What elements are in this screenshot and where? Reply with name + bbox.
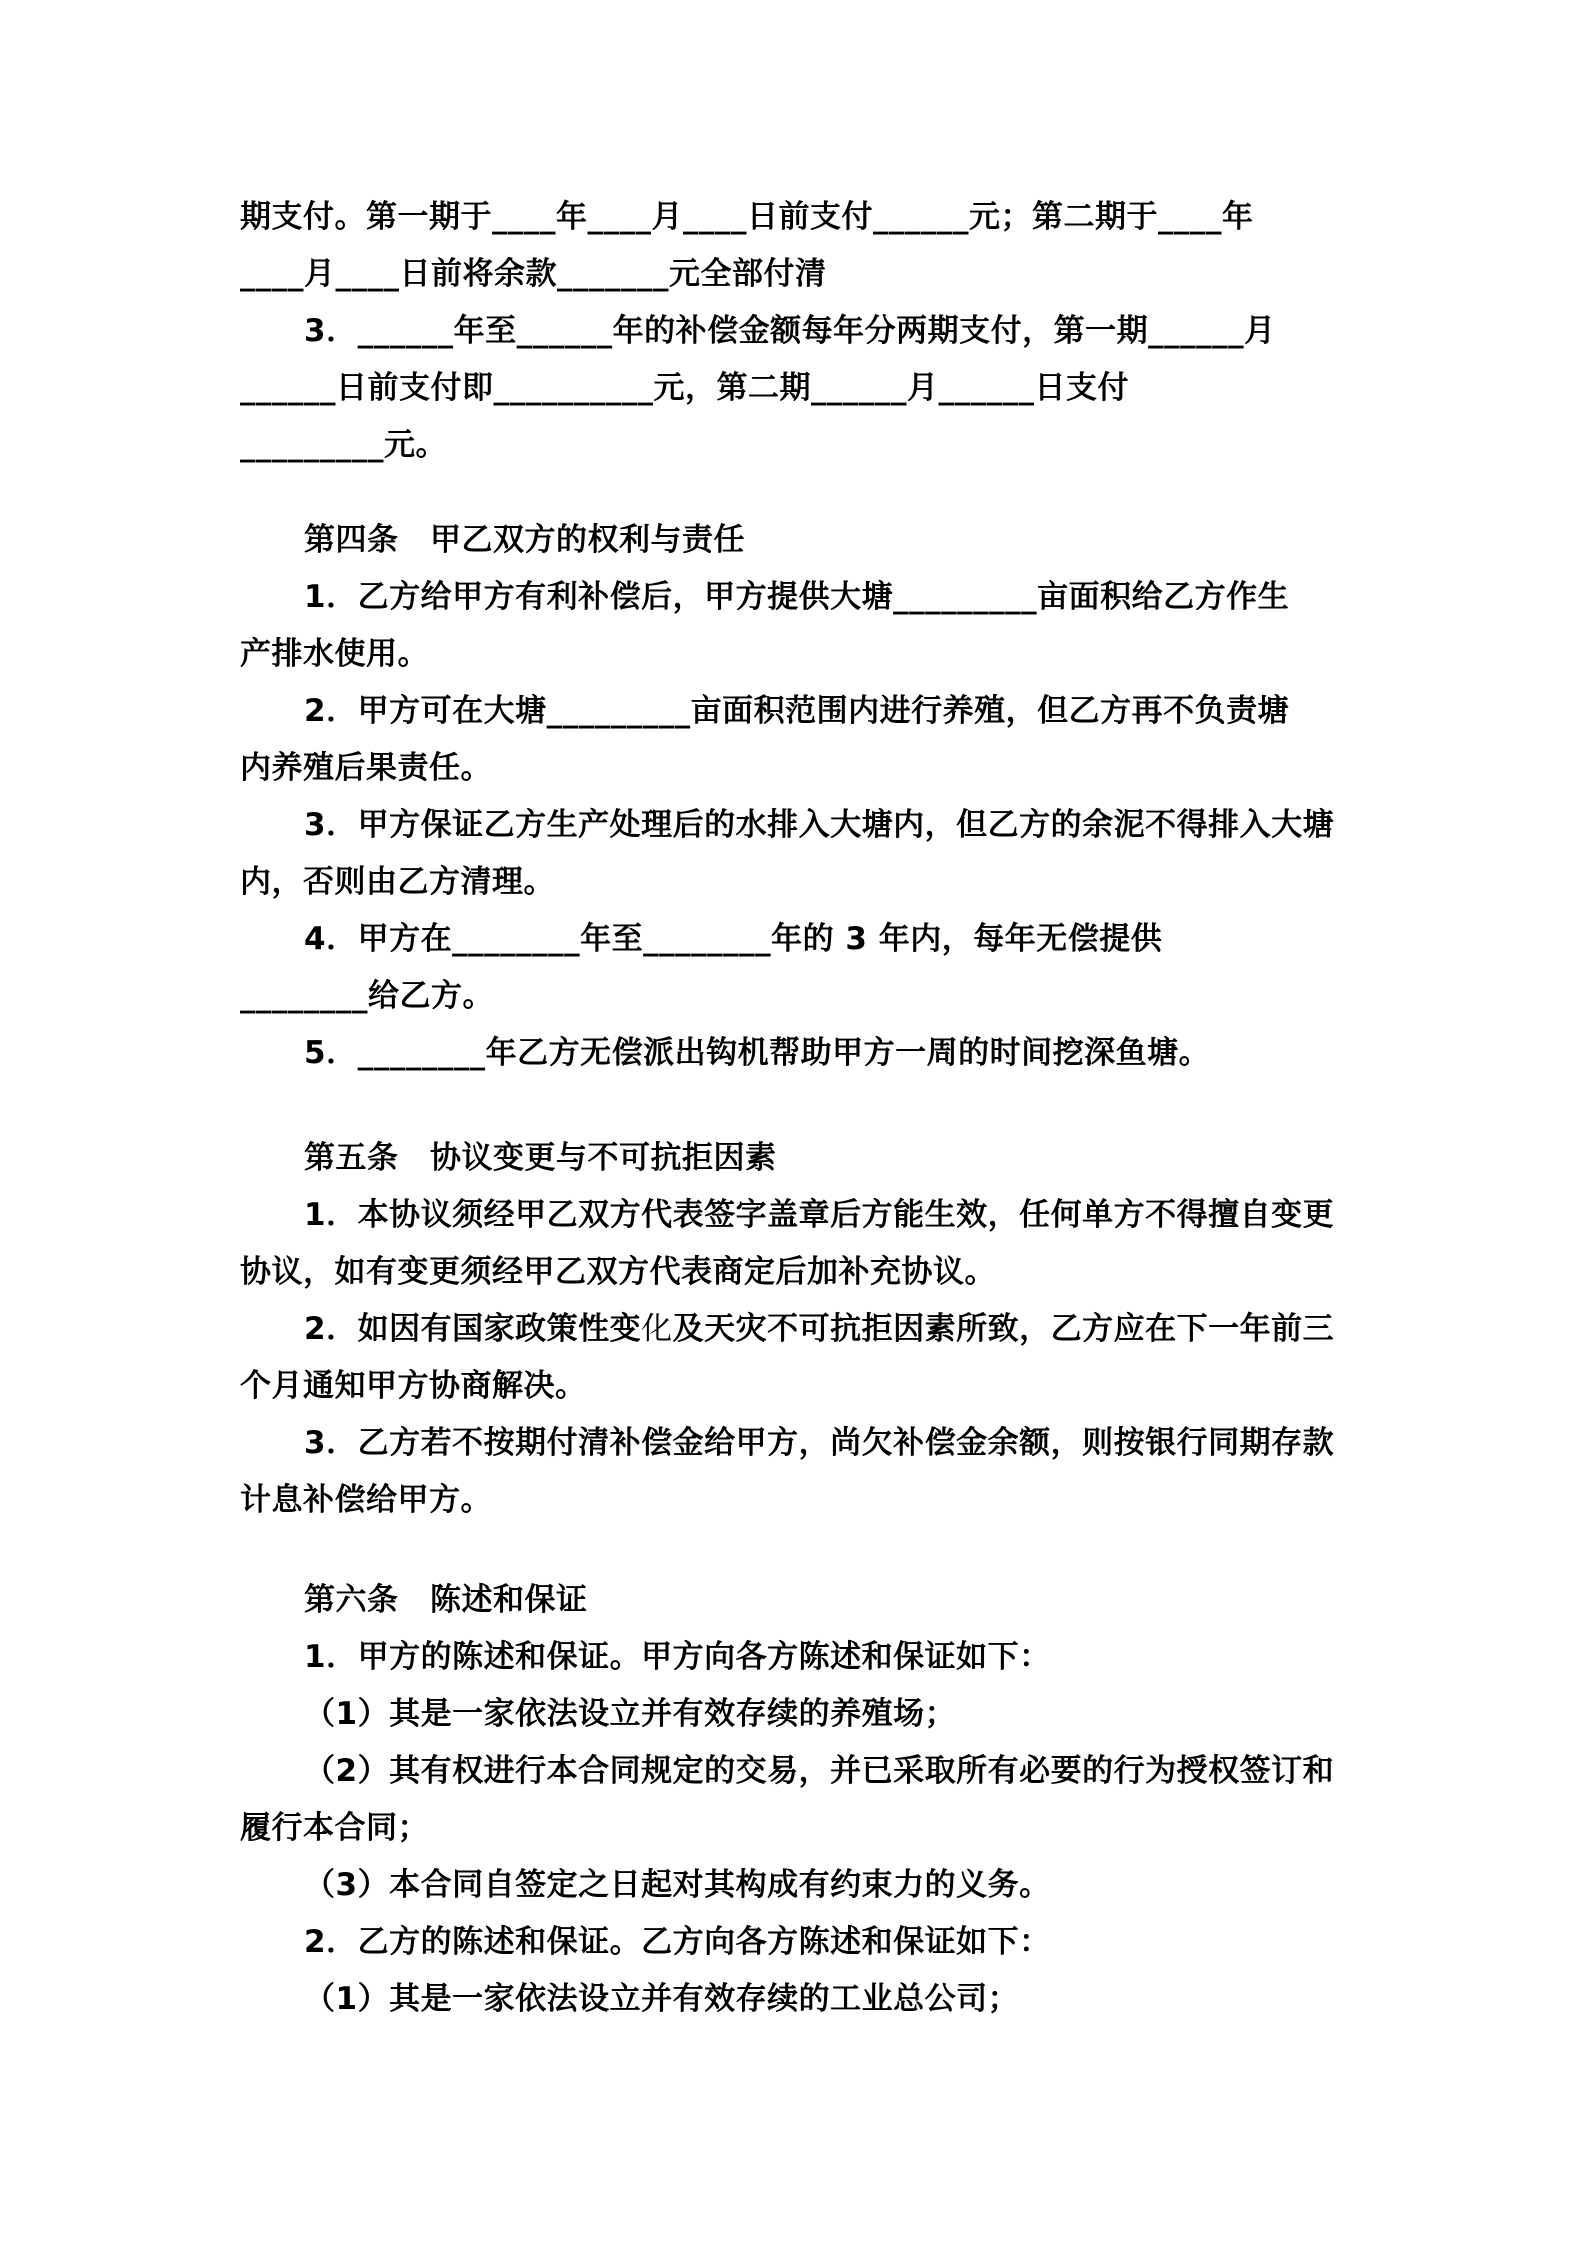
contract-text-body: 期支付。第一期于____年____月____日前支付______元；第二期于__… <box>240 189 1360 2028</box>
contract-line: 5．________年乙方无偿派出钩机帮助甲方一周的时间挖深鱼塘。 <box>240 1025 1360 1082</box>
contract-line: 个月通知甲方协商解决。 <box>240 1358 1360 1415</box>
contract-line: 产排水使用。 <box>240 626 1360 683</box>
contract-line: 3．______年至______年的补偿金额每年分两期支付，第一期______月 <box>240 303 1360 360</box>
contract-line: 3．甲方保证乙方生产处理后的水排入大塘内，但乙方的余泥不得排入大塘 <box>240 797 1360 854</box>
contract-line-segment: 及天灾不可抗拒因素所致，乙方应在下一年前三 <box>673 1311 1335 1347</box>
contract-line: ________给乙方。 <box>240 968 1360 1025</box>
contract-line: 2．如因有国家政策性变化及天灾不可抗拒因素所致，乙方应在下一年前三 <box>240 1301 1360 1358</box>
contract-line: 1．乙方给甲方有利补偿后，甲方提供大塘_________亩面积给乙方作生 <box>240 569 1360 626</box>
contract-line: 计息补偿给甲方。 <box>240 1472 1360 1529</box>
section-heading-4: 第四条 甲乙双方的权利与责任 <box>240 512 1360 569</box>
contract-line: 4．甲方在________年至________年的 3 年内，每年无偿提供 <box>240 911 1360 968</box>
contract-line: （1）其是一家依法设立并有效存续的养殖场； <box>240 1686 1360 1743</box>
contract-line: 3．乙方若不按期付清补偿金给甲方，尚欠补偿金余额，则按银行同期存款 <box>240 1415 1360 1472</box>
contract-line: （1）其是一家依法设立并有效存续的工业总公司； <box>240 1971 1360 2028</box>
contract-line: 协议，如有变更须经甲乙双方代表商定后加补充协议。 <box>240 1244 1360 1301</box>
contract-line: _________元。 <box>240 417 1360 474</box>
contract-line: （2）其有权进行本合同规定的交易，并已采取所有必要的行为授权签订和 <box>240 1743 1360 1800</box>
section-heading-5: 第五条 协议变更与不可抗拒因素 <box>240 1130 1360 1187</box>
document-page: 期支付。第一期于____年____月____日前支付______元；第二期于__… <box>0 0 1586 2244</box>
light-weight-character: 化 <box>641 1311 673 1347</box>
contract-line: 履行本合同； <box>240 1800 1360 1857</box>
contract-line: （3）本合同自签定之日起对其构成有约束力的义务。 <box>240 1857 1360 1914</box>
contract-line: 期支付。第一期于____年____月____日前支付______元；第二期于__… <box>240 189 1360 246</box>
contract-line: ____月____日前将余款_______元全部付清 <box>240 246 1360 303</box>
contract-line-segment: 2．如因有国家政策性变 <box>304 1311 641 1347</box>
contract-line: 2．乙方的陈述和保证。乙方向各方陈述和保证如下： <box>240 1914 1360 1971</box>
section-heading-6: 第六条 陈述和保证 <box>240 1572 1360 1629</box>
contract-line: 内养殖后果责任。 <box>240 740 1360 797</box>
contract-line: 1．本协议须经甲乙双方代表签字盖章后方能生效，任何单方不得擅自变更 <box>240 1187 1360 1244</box>
contract-line: 1．甲方的陈述和保证。甲方向各方陈述和保证如下： <box>240 1629 1360 1686</box>
contract-line: ______日前支付即__________元，第二期______月______日… <box>240 360 1360 417</box>
contract-line: 2．甲方可在大塘_________亩面积范围内进行养殖，但乙方再不负责塘 <box>240 683 1360 740</box>
contract-line: 内，否则由乙方清理。 <box>240 854 1360 911</box>
